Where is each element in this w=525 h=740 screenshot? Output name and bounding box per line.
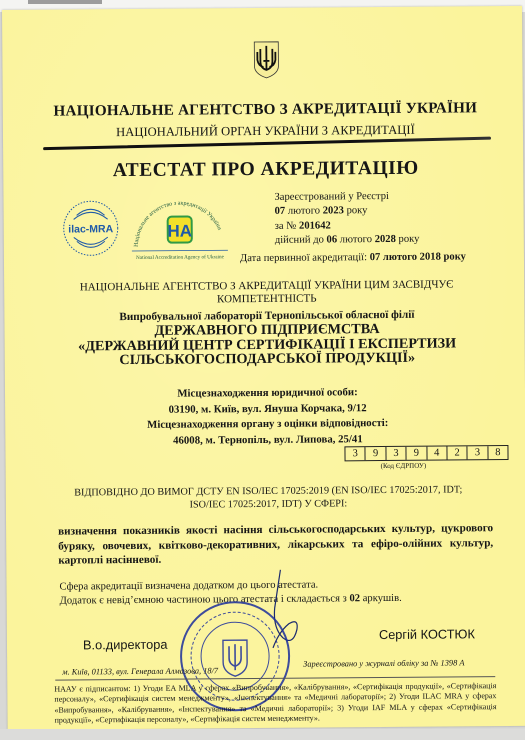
- first-accreditation-date: Дата первинної акредитації: 07 лютого 20…: [240, 251, 466, 264]
- journal-record: Зареєстровано у журналі обліку за № 1398…: [303, 658, 464, 668]
- agency-title: НАЦІОНАЛЬНЕ АГЕНТСТВО З АКРЕДИТАЦІЇ УКРА…: [3, 99, 525, 121]
- director-name: Сергій КОСТЮК: [379, 626, 475, 642]
- registration-label: Зареєстрований у Реєстрі: [274, 190, 419, 205]
- scan-bottom-margin: [0, 729, 525, 740]
- svg-text:National Accreditation Agency: National Accreditation Agency of Ukraine: [136, 253, 225, 261]
- registration-date: 07 лютого 2023 року: [275, 204, 420, 219]
- certifies-statement: НАЦІОНАЛЬНЕ АГЕНТСТВО З АКРЕДИТАЦІЇ УКРА…: [4, 278, 525, 308]
- edrpou-code: 3 9 3 9 4 2 3 8: [344, 445, 508, 461]
- signatory-footnote: НААУ є підписантом: 1) Угоди EA MLA у сф…: [54, 681, 496, 726]
- registration-info: Зареєстрований у Реєстрі 07 лютого 2023 …: [274, 190, 419, 248]
- addresses: Місцезнаходження юридичної особи: 03190,…: [5, 384, 525, 450]
- certificate-title: АТЕСТАТ ПРО АКРЕДИТАЦІЮ: [3, 157, 525, 183]
- scan-clip-mark: [28, 0, 102, 4]
- accreditation-scope: визначення показників якості насіння сіл…: [58, 521, 493, 568]
- ilac-mra-logo-icon: ilac-MRA: [61, 199, 119, 257]
- edrpou-label: (Код ЄДРПОУ): [381, 462, 427, 470]
- valid-until: дійсний до 06 лютого 2028 року: [275, 233, 420, 248]
- naau-logo-icon: Національне агентство з акредитації Укра…: [123, 186, 234, 267]
- director-title: В.о.директора: [83, 637, 168, 653]
- svg-text:НА: НА: [167, 222, 192, 241]
- agency-address: м. Київ, 01133, вул. Генерала Алмазова, …: [62, 666, 218, 676]
- svg-text:ilac-MRA: ilac-MRA: [68, 223, 113, 235]
- certificate-page: НАЦІОНАЛЬНЕ АГЕНТСТВО З АКРЕДИТАЦІЇ УКРА…: [2, 6, 525, 730]
- organization-name: ДЕРЖАВНОГО ПІДПРИЄМСТВА «ДЕРЖАВНИЙ ЦЕНТР…: [4, 321, 525, 369]
- trident-coat-of-arms-icon: [252, 40, 280, 80]
- standard-requirements: ВІДПОВІДНО ДО ВИМОГ ДСТУ EN ISO/IEC 1702…: [6, 484, 525, 513]
- registration-number: за № 201642: [275, 218, 420, 233]
